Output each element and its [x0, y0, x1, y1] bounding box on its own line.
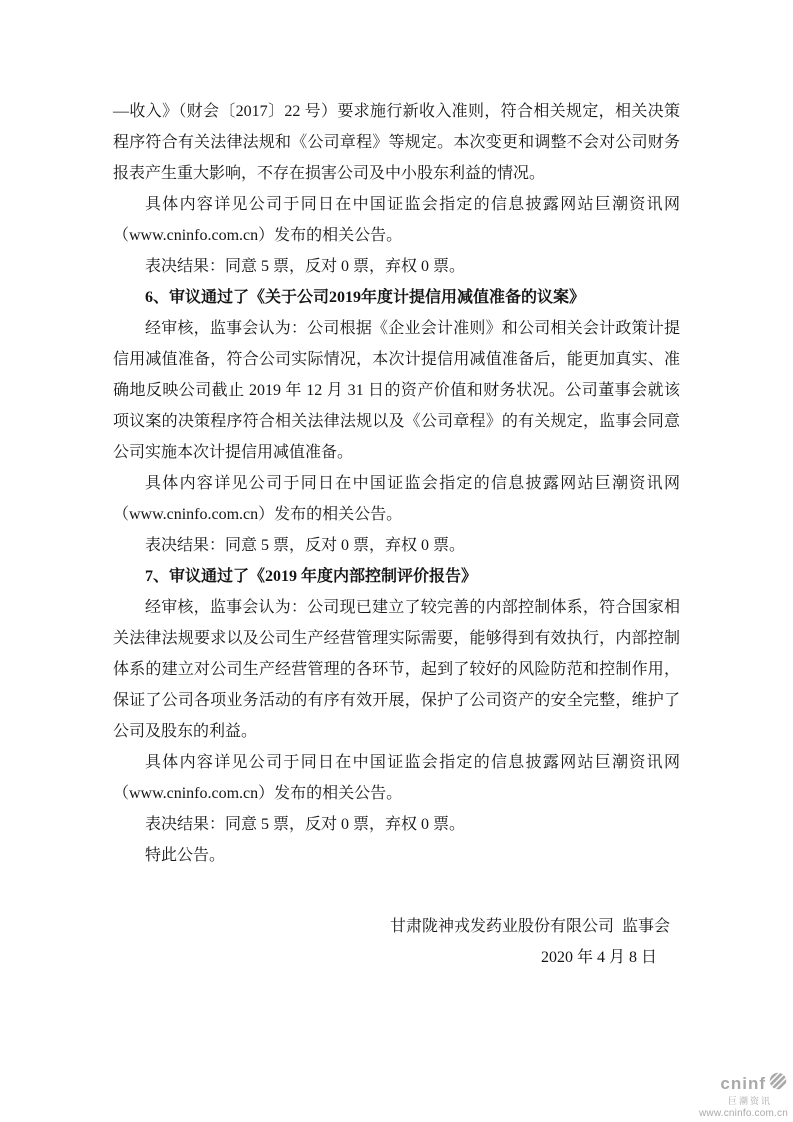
signature-date: 2020 年 4 月 8 日	[113, 942, 680, 973]
cninfo-swirl-icon	[768, 1072, 788, 1094]
document-body: —收入》（财会〔2017〕22 号）要求施行新收入准则，符合相关规定，相关决策程…	[113, 96, 680, 973]
closing-announcement: 特此公告。	[113, 840, 680, 871]
document-page: { "page": { "background_color": "#ffffff…	[0, 0, 793, 1122]
section-7-heading: 7、审议通过了《2019 年度内部控制评价报告》	[113, 561, 680, 592]
cninfo-brand-cn: 巨潮资讯	[699, 1097, 772, 1106]
document-canvas: —收入》（财会〔2017〕22 号）要求施行新收入准则，符合相关规定，相关决策程…	[0, 0, 793, 1122]
vote-result: 表决结果：同意 5 票，反对 0 票，弃权 0 票。	[113, 251, 680, 282]
disclosure-paragraph: 具体内容详见公司于同日在中国证监会指定的信息披露网站巨潮资讯网（www.cnin…	[113, 747, 680, 809]
cninfo-logo-row: cninf	[699, 1072, 788, 1094]
section-7-review-paragraph: 经审核，监事会认为：公司现已建立了较完善的内部控制体系，符合国家相关法律法规要求…	[113, 592, 680, 747]
cninfo-brand-text: cninf	[720, 1075, 766, 1092]
section-6-review-paragraph: 经审核，监事会认为：公司根据《企业会计准则》和公司相关会计政策计提信用减值准备，…	[113, 313, 680, 468]
company-signature: 甘肃陇神戎发药业股份有限公司 监事会	[113, 911, 680, 942]
vote-result: 表决结果：同意 5 票，反对 0 票，弃权 0 票。	[113, 809, 680, 840]
continuation-paragraph: —收入》（财会〔2017〕22 号）要求施行新收入准则，符合相关规定，相关决策程…	[113, 96, 680, 189]
vote-result: 表决结果：同意 5 票，反对 0 票，弃权 0 票。	[113, 530, 680, 561]
disclosure-paragraph: 具体内容详见公司于同日在中国证监会指定的信息披露网站巨潮资讯网（www.cnin…	[113, 189, 680, 251]
section-6-heading: 6、审议通过了《关于公司2019年度计提信用减值准备的议案》	[113, 282, 680, 313]
disclosure-paragraph: 具体内容详见公司于同日在中国证监会指定的信息披露网站巨潮资讯网（www.cnin…	[113, 468, 680, 530]
cninfo-url: www.cninfo.com.cn	[699, 1109, 788, 1119]
signature-block: 甘肃陇神戎发药业股份有限公司 监事会 2020 年 4 月 8 日	[113, 911, 680, 973]
cninfo-logo: cninf 巨潮资讯 www.cninfo.com.cn	[699, 1072, 788, 1119]
